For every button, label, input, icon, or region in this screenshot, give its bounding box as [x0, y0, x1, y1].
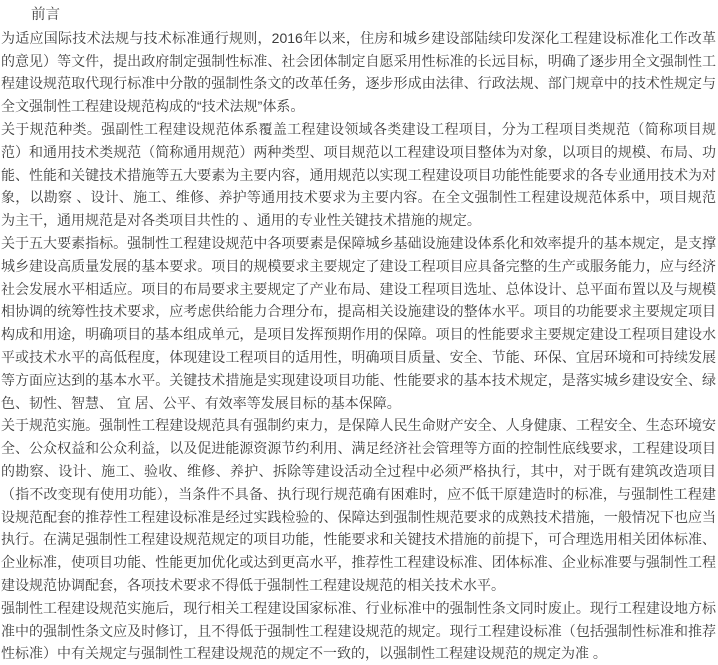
- paragraph-intro-reform-background: 为适应国际技术法规与技术标准通行规则，2016年以来，住房和城乡建设部陆续印发深…: [1, 27, 716, 118]
- document-heading: 前言: [1, 4, 716, 27]
- paragraph-norm-implementation: 关于规范实施。强制性工程建设规范具有强制约束力，是保障人民生命财产安全、人身健康…: [1, 414, 716, 596]
- paragraph-five-key-elements: 关于五大要素指标。强制性工程建设规范中各项要素是保障城乡基础设施建设体系化和效率…: [1, 232, 716, 414]
- paragraph-norm-categories: 关于规范种类。强副性工程建设规范体系覆盖工程建设领域各类建设工程项目，分为工程项…: [1, 118, 716, 232]
- document-page: 前言 为适应国际技术法规与技术标准通行规则，2016年以来，住房和城乡建设部陆续…: [0, 0, 718, 665]
- paragraph-supersession-rules: 强制性工程建设规范实施后，现行相关工程建设国家标准、行业标准中的强制性条文同时废…: [1, 597, 716, 665]
